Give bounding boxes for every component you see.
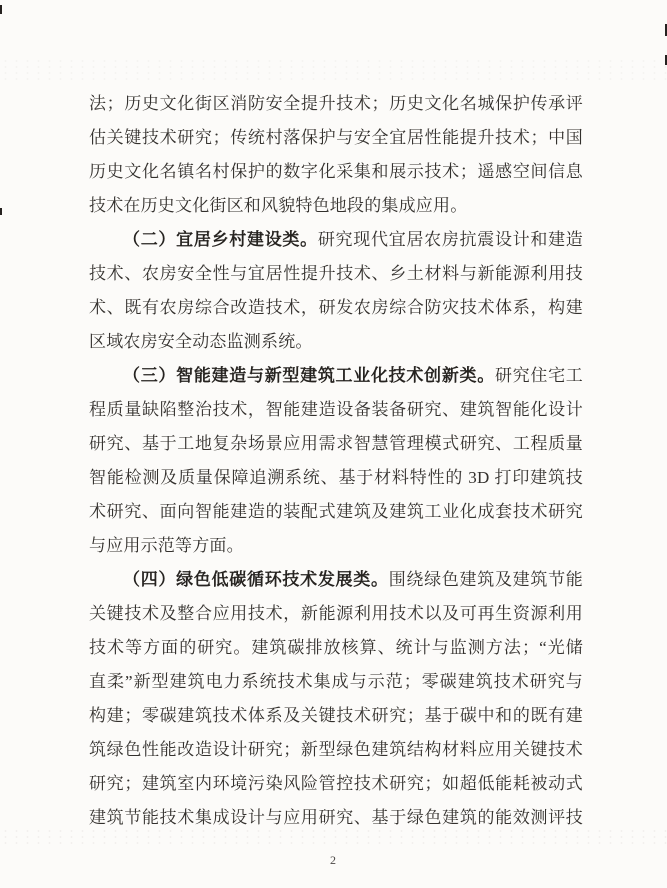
- text-line: 估关键技术研究；传统村落保护与安全宜居性能提升技术；中国: [89, 121, 583, 155]
- text-segment: 研究、基于工地复杂场景应用需求智慧管理模式研究、工程质量: [89, 434, 583, 453]
- text-line: 智能检测及质量保障追溯系统、基于材料特性的 3D 打印建筑技: [89, 461, 583, 495]
- text-segment: 筑绿色性能改造设计研究；新型绿色建筑结构材料应用关键技术: [89, 740, 583, 759]
- text-line: 术、既有农房综合改造技术，研发农房综合防灾技术体系，构建: [89, 291, 583, 325]
- text-line: 关键技术及整合应用技术，新能源利用技术以及可再生资源利用: [89, 597, 583, 631]
- text-segment: 与应用示范等方面。: [89, 536, 244, 555]
- text-segment: 围绕绿色建筑及建筑节能: [389, 570, 583, 589]
- text-segment: 技术在历史文化街区和风貌特色地段的集成应用。: [89, 196, 467, 215]
- text-segment: 术研究、面向智能建造的装配式建筑及建筑工业化成套技术研究: [89, 502, 583, 521]
- text-segment: 技术等方面的研究。建筑碳排放核算、统计与监测方法；“光储: [89, 638, 583, 657]
- text-line: 法；历史文化街区消防安全提升技术；历史文化名城保护传承评: [89, 87, 583, 121]
- text-line: （二）宜居乡村建设类。研究现代宜居农房抗震设计和建造: [89, 223, 583, 257]
- paragraph-green-low-carbon-circular: （四）绿色低碳循环技术发展类。围绕绿色建筑及建筑节能关键技术及整合应用技术，新能…: [89, 563, 583, 835]
- text-line: （三）智能建造与新型建筑工业化技术创新类。研究住宅工: [89, 359, 583, 393]
- text-segment: 法；历史文化街区消防安全提升技术；历史文化名城保护传承评: [89, 94, 583, 113]
- text-line: 术研究、面向智能建造的装配式建筑及建筑工业化成套技术研究: [89, 495, 583, 529]
- text-segment: 构建；零碳建筑技术体系及关键技术研究；基于碳中和的既有建: [89, 706, 583, 725]
- text-line: 程质量缺陷整治技术，智能建造设备装备研究、建筑智能化设计: [89, 393, 583, 427]
- document-body: 法；历史文化街区消防安全提升技术；历史文化名城保护传承评估关键技术研究；传统村落…: [89, 87, 583, 835]
- text-segment: 关键技术及整合应用技术，新能源利用技术以及可再生资源利用: [89, 604, 583, 623]
- scan-edge-mark: [0, 5, 2, 14]
- page-footer: 2: [0, 851, 667, 869]
- text-line: 构建；零碳建筑技术体系及关键技术研究；基于碳中和的既有建: [89, 699, 583, 733]
- text-segment: 术、既有农房综合改造技术，研发农房综合防灾技术体系，构建: [89, 298, 583, 317]
- text-segment: 直柔”新型建筑电力系统技术集成与示范；零碳建筑技术研究与: [89, 672, 583, 691]
- text-segment: 研究；建筑室内环境污染风险管控技术研究；如超低能耗被动式: [89, 774, 583, 793]
- text-segment: 建筑节能技术集成设计与应用研究、基于绿色建筑的能效测评技: [89, 808, 583, 827]
- text-segment: 研究现代宜居农房抗震设计和建造: [318, 230, 583, 249]
- text-line: 直柔”新型建筑电力系统技术集成与示范；零碳建筑技术研究与: [89, 665, 583, 699]
- scan-edge-mark: [0, 208, 2, 215]
- text-segment: 技术、农房安全性与宜居性提升技术、乡土材料与新能源利用技: [89, 264, 583, 283]
- text-segment: 智能检测及质量保障追溯系统、基于材料特性的 3D 打印建筑技: [89, 468, 583, 487]
- section-heading: （二）宜居乡村建设类。: [123, 230, 318, 249]
- text-segment: 历史文化名镇名村保护的数字化采集和展示技术；遥感空间信息: [89, 162, 583, 181]
- text-line: 技术、农房安全性与宜居性提升技术、乡土材料与新能源利用技: [89, 257, 583, 291]
- paragraph-livable-village-construction: （二）宜居乡村建设类。研究现代宜居农房抗震设计和建造技术、农房安全性与宜居性提升…: [89, 223, 583, 359]
- text-line: 与应用示范等方面。: [89, 529, 583, 563]
- section-heading: （四）绿色低碳循环技术发展类。: [123, 570, 389, 589]
- text-line: 研究、基于工地复杂场景应用需求智慧管理模式研究、工程质量: [89, 427, 583, 461]
- text-line: 区域农房安全动态监测系统。: [89, 325, 583, 359]
- scan-noise-top: [0, 58, 667, 84]
- text-line: 历史文化名镇名村保护的数字化采集和展示技术；遥感空间信息: [89, 155, 583, 189]
- page-number: 2: [330, 853, 337, 867]
- section-heading: （三）智能建造与新型建筑工业化技术创新类。: [123, 366, 495, 385]
- text-segment: 区域农房安全动态监测系统。: [89, 332, 313, 351]
- text-line: 建筑节能技术集成设计与应用研究、基于绿色建筑的能效测评技: [89, 801, 583, 835]
- text-segment: 研究住宅工: [495, 366, 583, 385]
- paragraph-intelligent-construction-industrialization: （三）智能建造与新型建筑工业化技术创新类。研究住宅工程质量缺陷整治技术，智能建造…: [89, 359, 583, 563]
- text-line: 技术在历史文化街区和风貌特色地段的集成应用。: [89, 189, 583, 223]
- text-line: 技术等方面的研究。建筑碳排放核算、统计与监测方法；“光储: [89, 631, 583, 665]
- text-segment: 程质量缺陷整治技术，智能建造设备装备研究、建筑智能化设计: [89, 400, 583, 419]
- text-line: 筑绿色性能改造设计研究；新型绿色建筑结构材料应用关键技术: [89, 733, 583, 767]
- text-line: （四）绿色低碳循环技术发展类。围绕绿色建筑及建筑节能: [89, 563, 583, 597]
- paragraph-historic-culture-continued: 法；历史文化街区消防安全提升技术；历史文化名城保护传承评估关键技术研究；传统村落…: [89, 87, 583, 223]
- text-line: 研究；建筑室内环境污染风险管控技术研究；如超低能耗被动式: [89, 767, 583, 801]
- text-segment: 估关键技术研究；传统村落保护与安全宜居性能提升技术；中国: [89, 128, 583, 147]
